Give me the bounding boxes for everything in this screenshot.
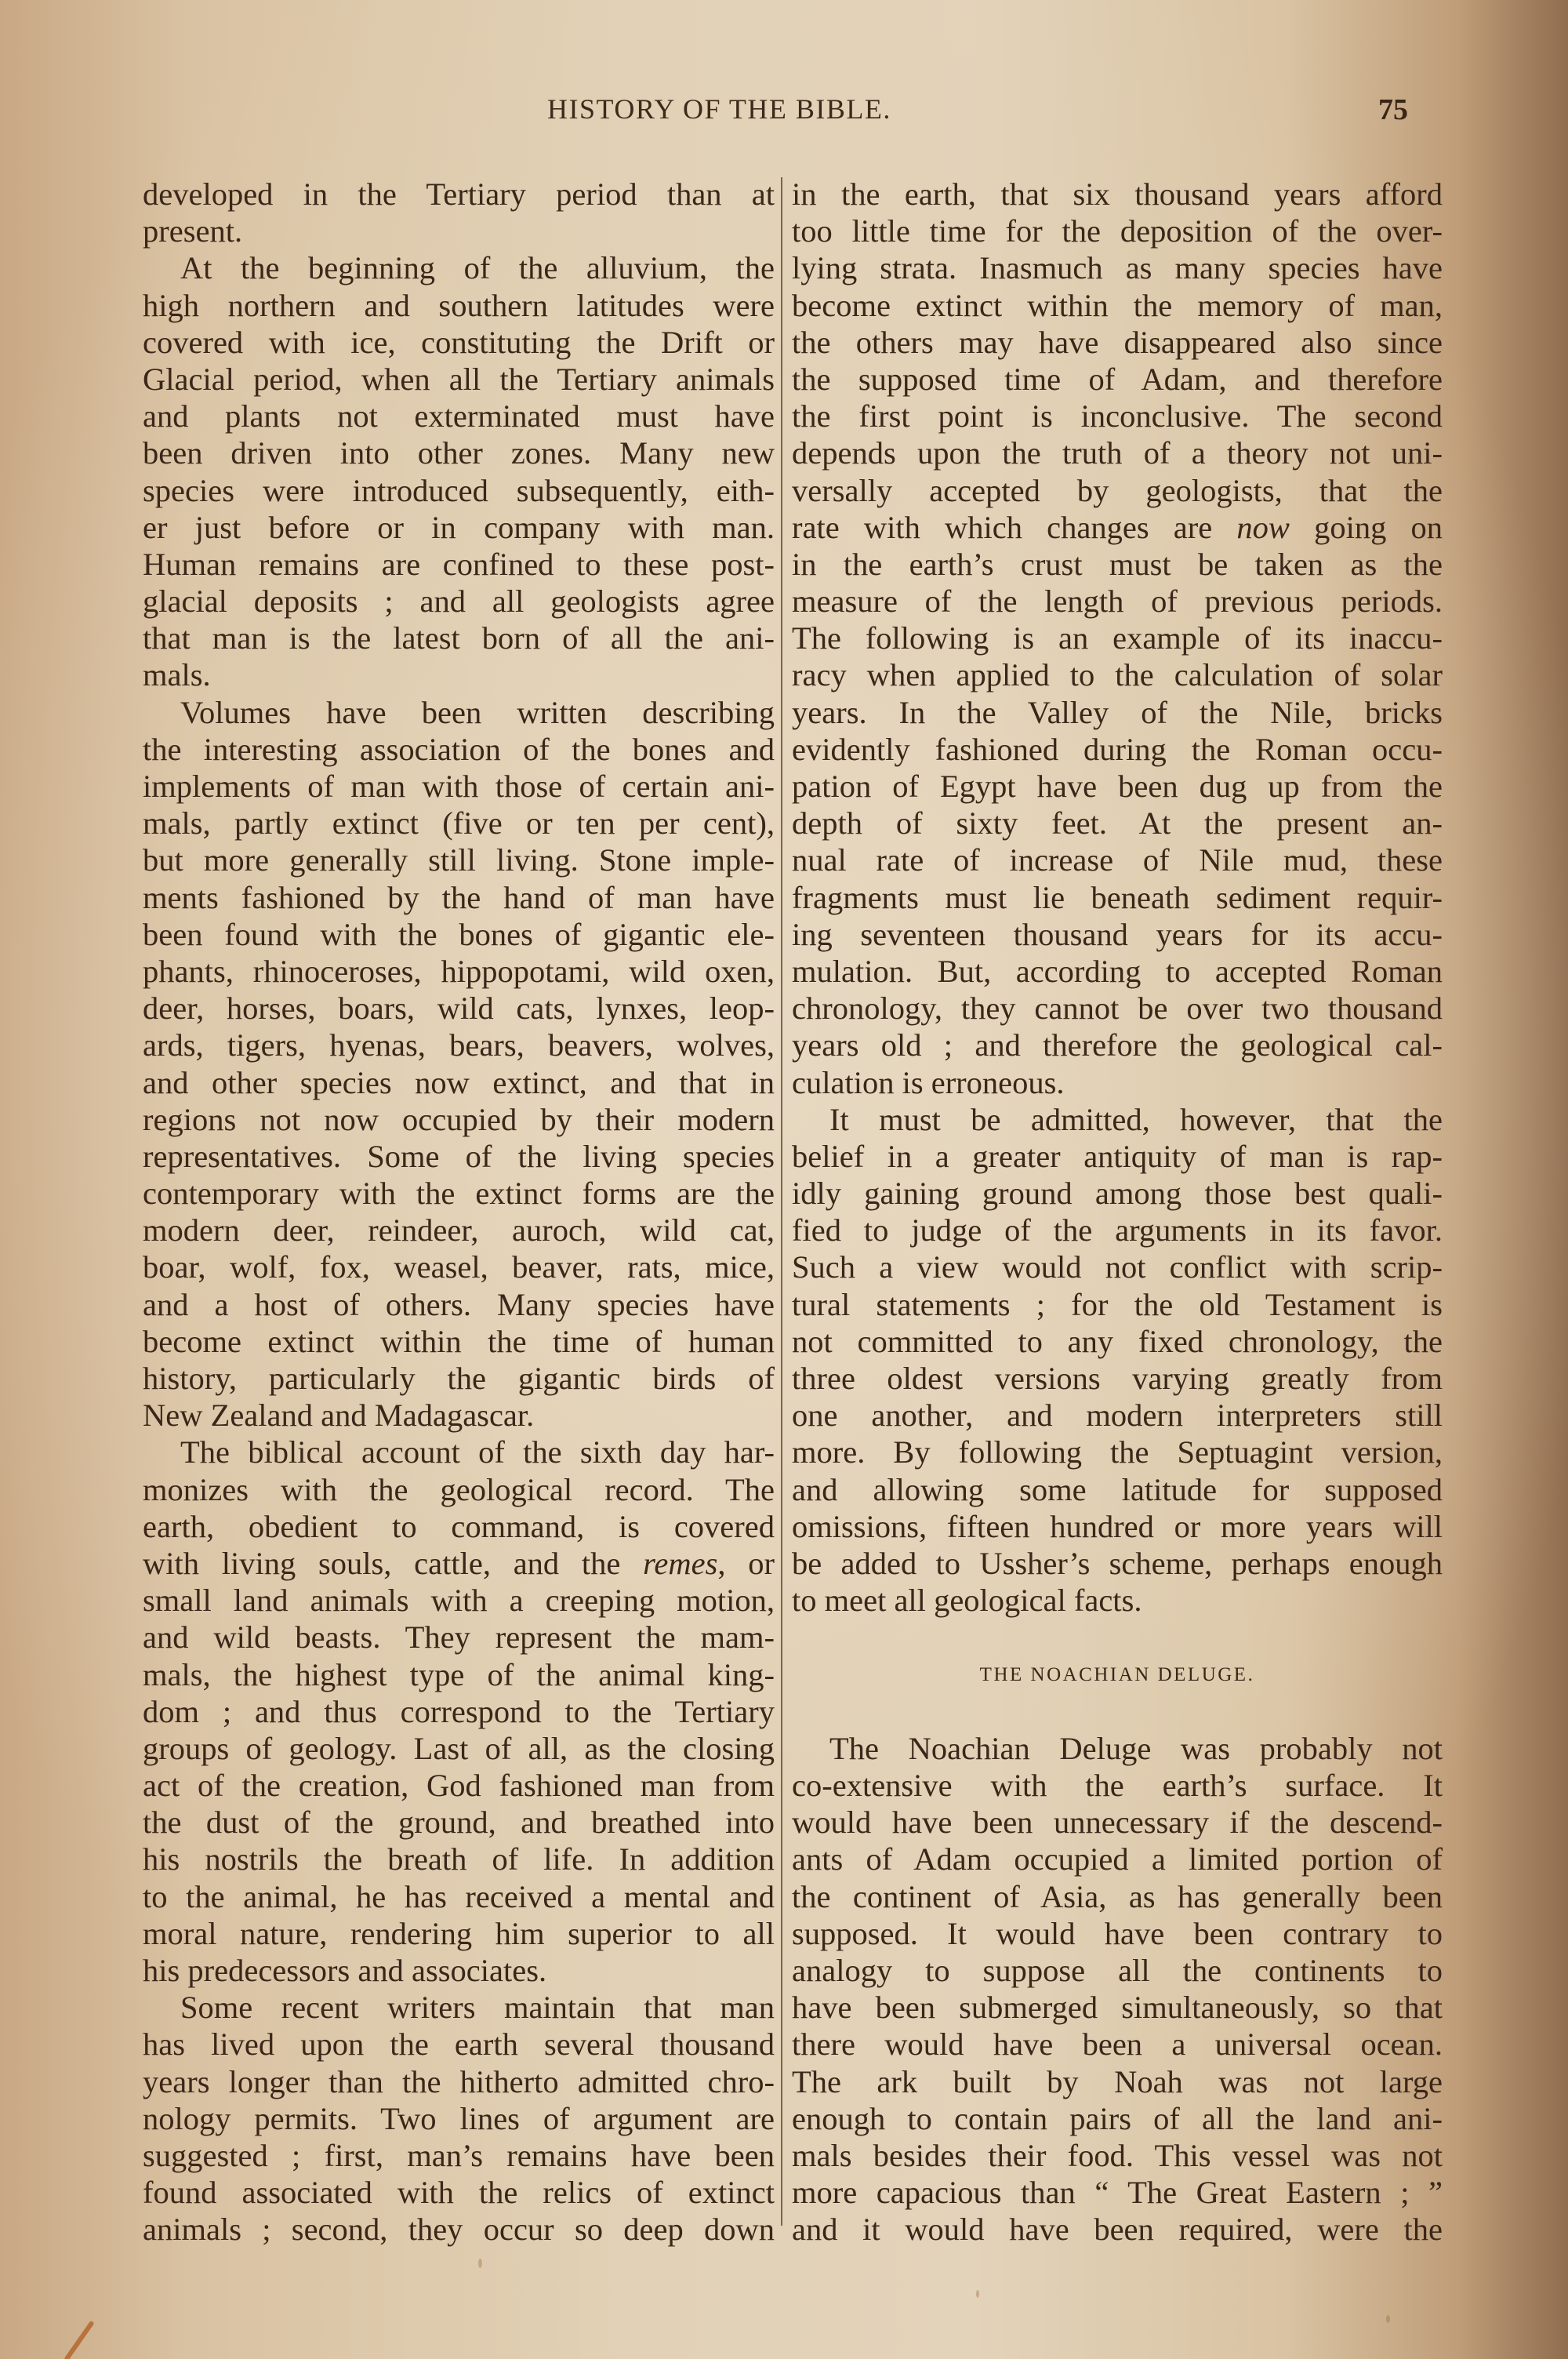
paragraph-start-line: At the beginning of the alluvium, the: [143, 249, 775, 286]
text-line: depth of sixty feet. At the present an-: [792, 805, 1443, 841]
text-line: animals ; second, they occur so deep dow…: [143, 2211, 775, 2248]
text-line: found associated with the relics of exti…: [143, 2174, 775, 2211]
italic-term-now: now: [1236, 510, 1290, 545]
text-line: fragments must lie beneath sediment requ…: [792, 879, 1443, 916]
section-spacer: [792, 1693, 1443, 1730]
italic-term-remes: remes: [643, 1546, 717, 1581]
text-line: present.: [143, 213, 775, 249]
text-line: there would have been a universal ocean.: [792, 2026, 1443, 2063]
paper-stain: [478, 2259, 482, 2268]
text-line: Human remains are confined to these post…: [143, 546, 775, 583]
text-line: er just before or in company with man.: [143, 509, 775, 546]
text-line: and allowing some latitude for supposed: [792, 1471, 1443, 1508]
text-line: pation of Egypt have been dug up from th…: [792, 768, 1443, 805]
page-number: 75: [1378, 93, 1408, 127]
text-line: covered with ice, constituting the Drift…: [143, 324, 775, 361]
text-line: moral nature, rendering him superior to …: [143, 1915, 775, 1952]
text-line: history, particularly the gigantic birds…: [143, 1360, 775, 1397]
text-line: culation is erroneous.: [792, 1064, 1443, 1101]
paragraph-start-line: Some recent writers maintain that man: [143, 1989, 775, 2026]
text-line: racy when applied to the calculation of …: [792, 656, 1443, 693]
text-line: ards, tigers, hyenas, bears, beavers, wo…: [143, 1027, 775, 1063]
running-title: HISTORY OF THE BIBLE.: [547, 93, 891, 125]
left-column: developed in the Tertiary period than at…: [143, 176, 775, 2248]
text-segment: with living souls, cattle, and the: [143, 1546, 643, 1581]
text-line: supposed. It would have been contrary to: [792, 1915, 1443, 1952]
text-line: lying strata. Inasmuch as many species h…: [792, 249, 1443, 286]
text-line: ing seventeen thousand years for its acc…: [792, 916, 1443, 953]
text-line: and other species now extinct, and that …: [143, 1064, 775, 1101]
text-line: contemporary with the extinct forms are …: [143, 1175, 775, 1212]
paragraph-start-line: The biblical account of the sixth day ha…: [143, 1434, 775, 1470]
text-line: fied to judge of the arguments in its fa…: [792, 1212, 1443, 1249]
text-line: dom ; and thus correspond to the Tertiar…: [143, 1693, 775, 1730]
text-line-with-italic: with living souls, cattle, and the remes…: [143, 1545, 775, 1582]
text-line: species were introduced subsequently, ei…: [143, 472, 775, 509]
text-line: high northern and southern latitudes wer…: [143, 287, 775, 324]
text-line: glacial deposits ; and all geologists ag…: [143, 583, 775, 620]
text-line: versally accepted by geologists, that th…: [792, 472, 1443, 509]
text-line: depends upon the truth of a theory not u…: [792, 434, 1443, 471]
text-line: boar, wolf, fox, weasel, beaver, rats, m…: [143, 1249, 775, 1285]
text-line: been driven into other zones. Many new: [143, 434, 775, 471]
text-line: groups of geology. Last of all, as the c…: [143, 1730, 775, 1767]
paragraph-start-line: It must be admitted, however, that the: [792, 1101, 1443, 1138]
text-line: one another, and modern interpreters sti…: [792, 1397, 1443, 1434]
text-line: phants, rhinoceroses, hippopotami, wild …: [143, 953, 775, 990]
text-line: omissions, fifteen hundred or more years…: [792, 1508, 1443, 1545]
text-line: the continent of Asia, as has generally …: [792, 1878, 1443, 1915]
text-line: chronology, they cannot be over two thou…: [792, 990, 1443, 1027]
paragraph-start-line: The Noachian Deluge was probably not: [792, 1730, 1443, 1767]
section-heading: THE NOACHIAN DELUGE.: [792, 1656, 1443, 1693]
text-line: earth, obedient to command, is covered: [143, 1508, 775, 1545]
text-line: years. In the Valley of the Nile, bricks: [792, 694, 1443, 731]
text-line: the interesting association of the bones…: [143, 731, 775, 768]
text-line: suggested ; first, man’s remains have be…: [143, 2137, 775, 2174]
text-line: his predecessors and associates.: [143, 1952, 775, 1989]
text-line: monizes with the geological record. The: [143, 1471, 775, 1508]
text-line: mals, the highest type of the animal kin…: [143, 1656, 775, 1693]
text-line: three oldest versions varying greatly fr…: [792, 1360, 1443, 1397]
text-line: representatives. Some of the living spec…: [143, 1138, 775, 1175]
text-line: and it would have been required, were th…: [792, 2211, 1443, 2248]
text-line: mals, partly extinct (five or ten per ce…: [143, 805, 775, 841]
paragraph-start-line: Volumes have been written describing: [143, 694, 775, 731]
text-line: modern deer, reindeer, auroch, wild cat,: [143, 1212, 775, 1249]
pencil-mark: [64, 2321, 94, 2359]
right-column: in the earth, that six thousand years af…: [792, 176, 1443, 2248]
text-line: tural statements ; for the old Testament…: [792, 1286, 1443, 1323]
text-line: have been submerged simultaneously, so t…: [792, 1989, 1443, 2026]
text-line: ments fashioned by the hand of man have: [143, 879, 775, 916]
text-line: belief in a greater antiquity of man is …: [792, 1138, 1443, 1175]
text-line: Glacial period, when all the Tertiary an…: [143, 361, 775, 398]
text-line: developed in the Tertiary period than at: [143, 176, 775, 213]
text-line: mals.: [143, 656, 775, 693]
text-line-with-italic: rate with which changes are now going on: [792, 509, 1443, 546]
text-line: too little time for the deposition of th…: [792, 213, 1443, 249]
text-line: New Zealand and Madagascar.: [143, 1397, 775, 1434]
text-line: nual rate of increase of Nile mud, these: [792, 841, 1443, 878]
text-line: the others may have disappeared also sin…: [792, 324, 1443, 361]
text-line: implements of man with those of certain …: [143, 768, 775, 805]
text-line: not committed to any fixed chronology, t…: [792, 1323, 1443, 1360]
text-line: small land animals with a creeping motio…: [143, 1582, 775, 1619]
text-line: nology permits. Two lines of argument ar…: [143, 2100, 775, 2137]
text-line: deer, horses, boars, wild cats, lynxes, …: [143, 990, 775, 1027]
text-line: and a host of others. Many species have: [143, 1286, 775, 1323]
text-line: more. By following the Septuagint versio…: [792, 1434, 1443, 1470]
text-line: analogy to suppose all the continents to: [792, 1952, 1443, 1989]
paper-stain: [1386, 2315, 1390, 2323]
text-segment: rate with which changes are: [792, 510, 1236, 545]
text-line: in the earth, that six thousand years af…: [792, 176, 1443, 213]
running-head: HISTORY OF THE BIBLE. 75: [0, 93, 1568, 132]
text-line: years longer than the hitherto admitted …: [143, 2063, 775, 2100]
text-line: and plants not exterminated must have: [143, 398, 775, 434]
text-line: years old ; and therefore the geological…: [792, 1027, 1443, 1063]
text-line: idly gaining ground among those best qua…: [792, 1175, 1443, 1212]
text-line: The ark built by Noah was not large: [792, 2063, 1443, 2100]
text-line: that man is the latest born of all the a…: [143, 620, 775, 656]
text-line: become extinct within the time of human: [143, 1323, 775, 1360]
text-line: in the earth’s crust must be taken as th…: [792, 546, 1443, 583]
text-line: ants of Adam occupied a limited portion …: [792, 1841, 1443, 1877]
text-line: regions not now occupied by their modern: [143, 1101, 775, 1138]
text-line: mulation. But, according to accepted Rom…: [792, 953, 1443, 990]
text-line: his nostrils the breath of life. In addi…: [143, 1841, 775, 1877]
text-line: act of the creation, God fashioned man f…: [143, 1767, 775, 1804]
text-line: evidently fashioned during the Roman occ…: [792, 731, 1443, 768]
paper-stain: [976, 2290, 979, 2298]
text-line: be added to Ussher’s scheme, perhaps eno…: [792, 1545, 1443, 1582]
text-line: co-extensive with the earth’s surface. I…: [792, 1767, 1443, 1804]
column-rule: [781, 177, 782, 2226]
text-line: and wild beasts. They represent the mam-: [143, 1619, 775, 1656]
text-segment: , or: [717, 1546, 775, 1581]
text-line: become extinct within the memory of man,: [792, 287, 1443, 324]
text-line: but more generally still living. Stone i…: [143, 841, 775, 878]
text-line: has lived upon the earth several thousan…: [143, 2026, 775, 2063]
text-line: the first point is inconclusive. The sec…: [792, 398, 1443, 434]
text-line: measure of the length of previous period…: [792, 583, 1443, 620]
text-line: Such a view would not conflict with scri…: [792, 1249, 1443, 1285]
text-line: mals besides their food. This vessel was…: [792, 2137, 1443, 2174]
text-line: the supposed time of Adam, and therefore: [792, 361, 1443, 398]
section-spacer: [792, 1619, 1443, 1656]
text-line: enough to contain pairs of all the land …: [792, 2100, 1443, 2137]
text-line: more capacious than “ The Great Eastern …: [792, 2174, 1443, 2211]
text-line: to the animal, he has received a mental …: [143, 1878, 775, 1915]
text-line: the dust of the ground, and breathed int…: [143, 1804, 775, 1841]
text-line: to meet all geological facts.: [792, 1582, 1443, 1619]
text-line: The following is an example of its inacc…: [792, 620, 1443, 656]
text-segment: going on: [1290, 510, 1443, 545]
text-line: been found with the bones of gigantic el…: [143, 916, 775, 953]
text-line: would have been unnecessary if the desce…: [792, 1804, 1443, 1841]
